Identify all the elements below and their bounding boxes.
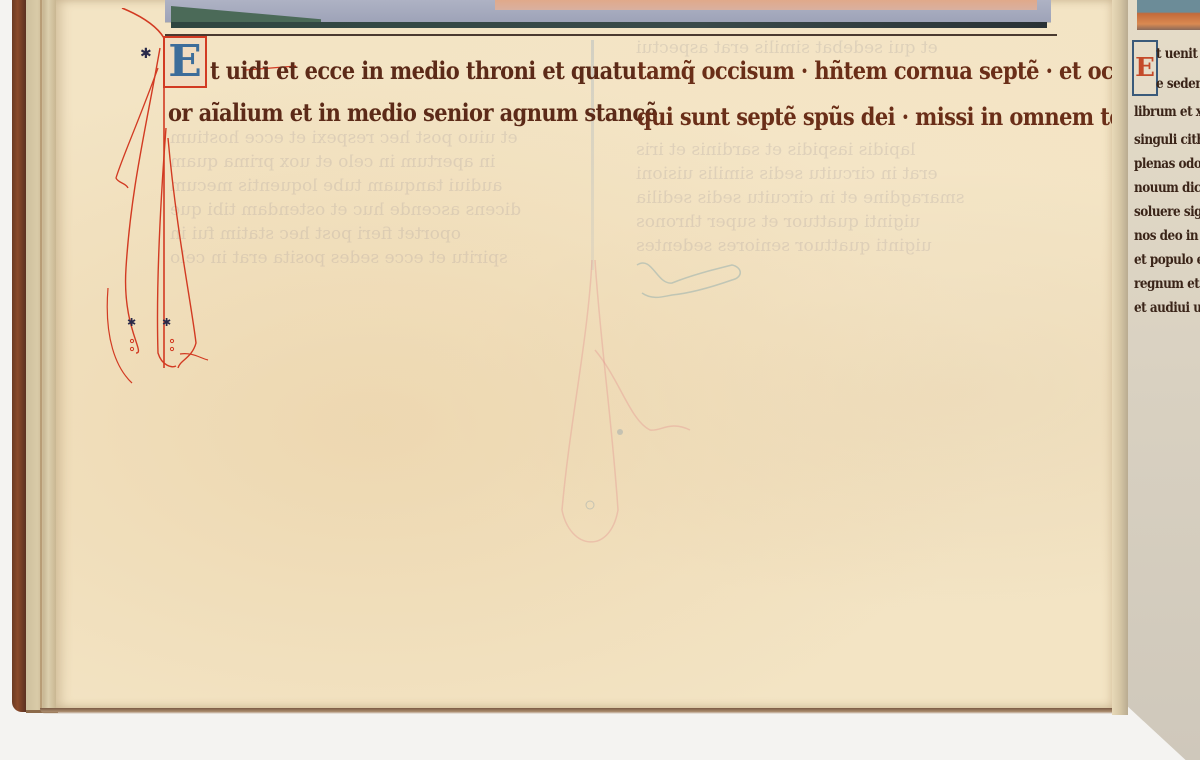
svg-text:✱: ✱ bbox=[140, 46, 152, 62]
leaf-bottom-edge bbox=[40, 708, 1120, 714]
facing-text-line: regnum et sacerdotes et re bbox=[1134, 275, 1200, 292]
facing-text-line: nos deo in sanguine tuo bbox=[1134, 227, 1200, 244]
facing-text-line: et audiui uocem angelo bbox=[1134, 299, 1200, 316]
facing-text-line: soluere signacula eius bbox=[1134, 203, 1200, 220]
ghost-line: lapidis iaspidis et sardinis et iris bbox=[636, 140, 916, 160]
ghost-line: uiginti quattuor seniores sedentes bbox=[636, 236, 932, 256]
facing-text-line: t uenit et accepit bbox=[1156, 45, 1200, 62]
ghost-line: et qui sedebat similis erat aspectui bbox=[636, 38, 938, 58]
svg-text:✱: ✱ bbox=[127, 316, 136, 329]
facing-text-line: e sedentis. Et c bbox=[1156, 75, 1200, 92]
ghost-flourish-icon bbox=[540, 260, 780, 570]
facing-initial-letter: E bbox=[1135, 53, 1155, 83]
facing-text-line: singuli citharas et ph bbox=[1134, 131, 1200, 148]
book-binding bbox=[12, 0, 26, 712]
page-gutter bbox=[1112, 0, 1128, 715]
ghost-dragon-icon bbox=[632, 255, 752, 305]
ghost-line: erat in circuitu sedis similis uisioni bbox=[636, 164, 938, 184]
ghost-line: smaragdine et in circuitu sedis sedilia bbox=[636, 188, 964, 208]
svg-text:✱: ✱ bbox=[162, 316, 171, 329]
text-line-left-2: or aĩalium et in medio senior agnum stan… bbox=[168, 98, 657, 127]
page-stack-edge bbox=[26, 0, 58, 713]
facing-text-line: plenas odoramentorum bbox=[1134, 155, 1200, 172]
text-line-right-2: qui sunt septẽ spũs dei · missi in omnem… bbox=[637, 102, 1191, 131]
text-line-left-1: t uidi et ecce in medio throni et quatu bbox=[210, 56, 636, 85]
illuminated-initial: E bbox=[163, 36, 207, 88]
facing-page-initial: E bbox=[1132, 40, 1158, 96]
manuscript-photo: et uiuo post hec respexi et ecce hostium… bbox=[0, 0, 1200, 760]
facing-page-miniature bbox=[1137, 0, 1200, 30]
miniature-dark-border bbox=[171, 22, 1047, 28]
facing-text-line: librum et xxiiii. senio bbox=[1134, 103, 1200, 120]
initial-letter: E bbox=[168, 40, 202, 84]
ghost-line: uiginti quattuor et super thronos bbox=[636, 212, 920, 232]
miniature-pink-band bbox=[495, 0, 1037, 10]
miniature-frame bbox=[165, 0, 1057, 36]
facing-text-line: nouum dicentes dignus bbox=[1134, 179, 1200, 196]
facing-text-line: et populo et natione bbox=[1134, 251, 1200, 268]
